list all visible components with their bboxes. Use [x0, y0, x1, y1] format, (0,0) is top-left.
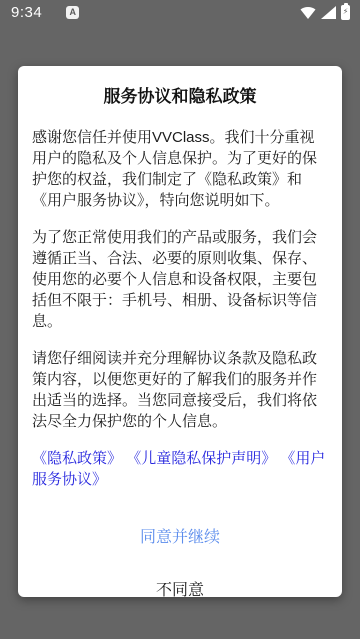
intro-paragraph: 感谢您信任并使用VVClass。我们十分重视用户的隐私及个人信息保护。为了更好的…: [32, 127, 328, 211]
cellular-signal-icon: [321, 6, 336, 19]
status-bar: 9:34 A ⚡: [0, 0, 360, 24]
dialog-title: 服务协议和隐私政策: [32, 86, 328, 107]
notification-app-icon: A: [66, 6, 79, 19]
disagree-button[interactable]: 不同意: [32, 580, 328, 601]
data-collection-paragraph: 为了您正常使用我们的产品或服务，我们会遵循正当、合法、必要的原则收集、保存、使用…: [32, 227, 328, 332]
read-carefully-paragraph: 请您仔细阅读并充分理解协议条款及隐私政策内容，以便您更好的了解我们的服务并作出适…: [32, 348, 328, 432]
wifi-icon: [300, 6, 316, 19]
privacy-policy-dialog: 服务协议和隐私政策 感谢您信任并使用VVClass。我们十分重视用户的隐私及个人…: [18, 66, 342, 597]
status-bar-right-icons: ⚡: [300, 5, 350, 20]
children-privacy-statement-link[interactable]: 《儿童隐私保护声明》: [126, 450, 276, 467]
privacy-policy-link[interactable]: 《隐私政策》: [32, 450, 122, 467]
agree-and-continue-button[interactable]: 同意并继续: [32, 527, 328, 548]
dimmed-screen-scrim: 9:34 A ⚡ 服务协议和隐私政策 感谢您信任并使用VVClass。我们十分重…: [0, 0, 360, 639]
policy-links-row: 《隐私政策》 《儿童隐私保护声明》 《用户服务协议》: [32, 448, 328, 490]
clock-time: 9:34: [11, 4, 42, 21]
battery-charging-icon: ⚡: [341, 5, 350, 20]
